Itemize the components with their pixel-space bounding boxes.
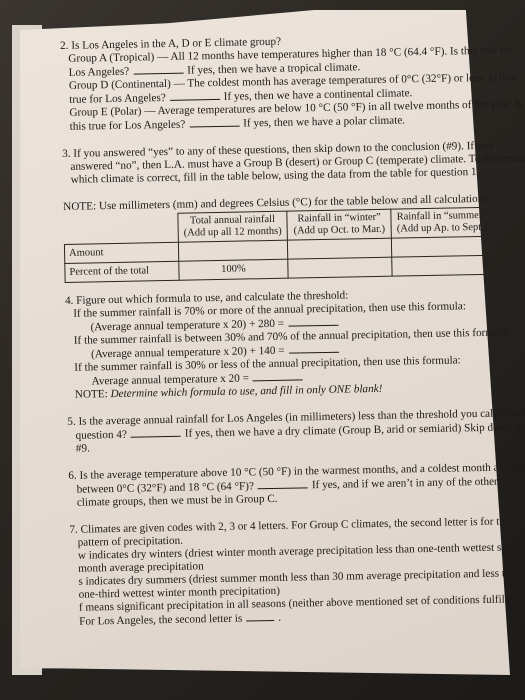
- formula-3-blank[interactable]: [253, 370, 303, 381]
- question-3: 3. If you answered “yes” to any of these…: [62, 139, 523, 187]
- question-2: 2. Is Los Angeles in the A, D or E clima…: [60, 31, 522, 134]
- formula-2-blank[interactable]: [288, 343, 338, 354]
- question-7: 7. Climates are given codes with 2, 3 or…: [69, 515, 525, 629]
- question-5: 5. Is the average annual rainfall for Lo…: [67, 407, 525, 456]
- question-6: 6. Is the average temperature above 10 °…: [68, 461, 525, 510]
- amount-summer-cell[interactable]: [391, 236, 494, 257]
- header-summer: Rainfall in “summer”(Add up Ap. to Sept.…: [391, 207, 494, 238]
- percent-summer-cell[interactable]: [392, 255, 495, 276]
- percent-winter-cell[interactable]: [288, 257, 392, 278]
- q6-answer-blank[interactable]: [258, 478, 308, 489]
- group-d-answer-blank[interactable]: [170, 90, 220, 101]
- percent-total-cell: 100%: [178, 259, 288, 280]
- header-total-annual: Total annual rainfall(Add up all 12 mont…: [177, 211, 287, 242]
- group-e-answer-blank[interactable]: [189, 117, 239, 128]
- rainfall-table: Total annual rainfall(Add up all 12 mont…: [63, 207, 494, 283]
- question-4: 4. Figure out which formula to use, and …: [65, 286, 525, 402]
- rainfall-table-section: NOTE: Use millimeters (mm) and degrees C…: [63, 192, 524, 283]
- amount-winter-cell[interactable]: [288, 238, 392, 259]
- row-label-percent: Percent of the total: [65, 261, 179, 282]
- group-a-answer-blank[interactable]: [133, 64, 183, 75]
- second-letter-blank[interactable]: [246, 611, 274, 622]
- formula-1-blank[interactable]: [288, 316, 338, 327]
- row-label-amount: Amount: [64, 242, 178, 263]
- worksheet-content: 2. Is Los Angeles in the A, D or E clima…: [60, 31, 525, 643]
- header-winter: Rainfall in “winter”(Add up Oct. to Mar.…: [287, 209, 391, 240]
- amount-total-cell[interactable]: [178, 240, 288, 261]
- q5-answer-blank[interactable]: [131, 427, 181, 438]
